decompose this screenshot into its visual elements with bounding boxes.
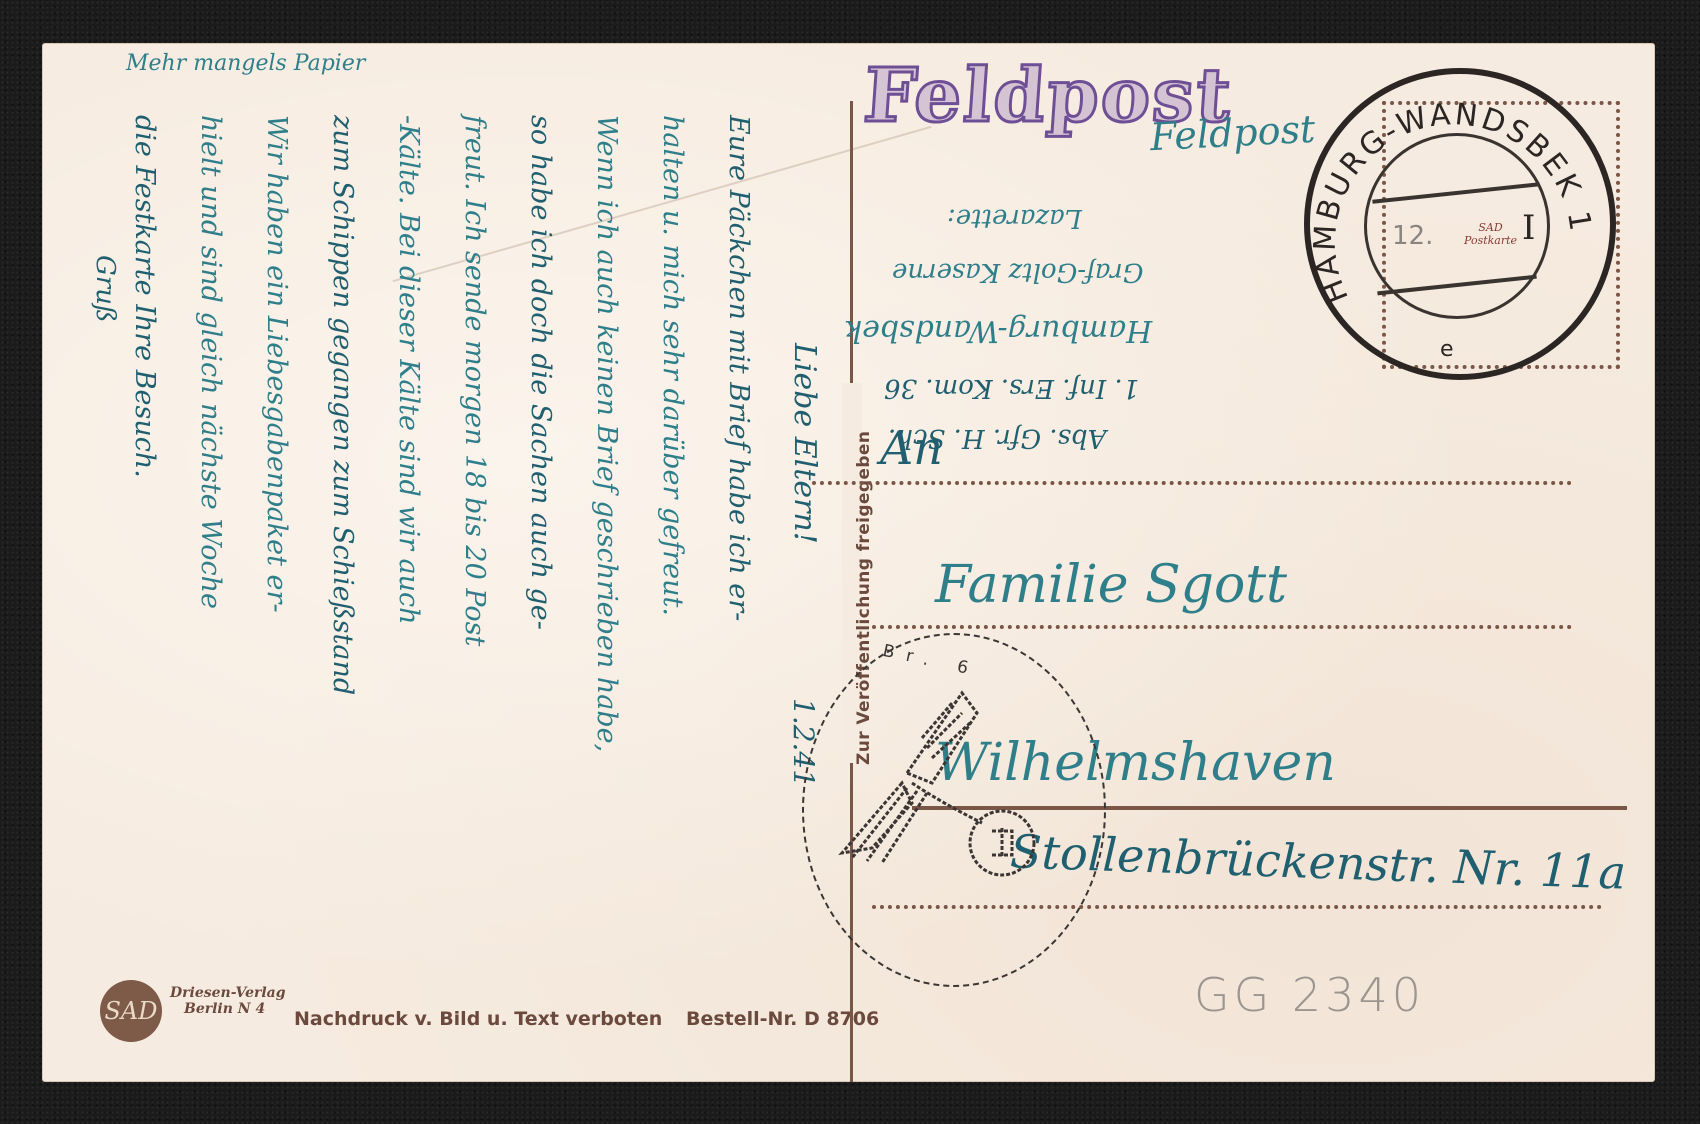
postmark-date: 12.	[1392, 221, 1433, 251]
message-line: halten u. mich sehr darüber gefreut.	[657, 115, 688, 616]
salutation: Liebe Eltern!	[787, 343, 822, 544]
sender-line: Hamburg-Wandsbek	[844, 313, 1152, 348]
private-mark: SAD Postkarte	[1464, 221, 1517, 247]
publisher-line-1: Driesen-Verlag	[170, 985, 286, 1001]
message-line: freut. Ich sende morgen 18 bis 20 Post	[459, 115, 490, 646]
eagle-emblem-icon	[812, 683, 1042, 883]
message-line: Wenn ich auch keinen Brief geschrieben h…	[591, 115, 622, 752]
publisher-name: Driesen-Verlag Berlin N 4	[170, 985, 286, 1017]
address-line-1	[812, 481, 1572, 485]
catalog-number: GG 2340	[1194, 968, 1425, 1022]
private-mark-line-1: SAD	[1464, 221, 1517, 234]
message-line: Wir haben ein Liebesgabenpaket er-	[261, 115, 292, 613]
message-line: zum Schippen gegangen zum Schießstand	[327, 115, 358, 695]
sender-line: Graf-Goltz Kaserne	[892, 257, 1144, 287]
message-line: so habe ich doch die Sachen auch ge-	[525, 115, 556, 630]
sender-line: 1. Inf. Ers. Kom. 36	[884, 373, 1139, 403]
private-mark-line-2: Postkarte	[1464, 234, 1517, 247]
message-line: hielt und sind gleich nächste Woche	[195, 115, 226, 609]
recipient-prefix: An	[880, 421, 943, 475]
publisher-line-2: Berlin N 4	[170, 1001, 286, 1017]
postmark-roman: I	[1522, 208, 1535, 248]
feldpost-manuscript: Feldpost	[1149, 107, 1316, 160]
svg-text:HAMBURG-WANDSBEK 1: HAMBURG-WANDSBEK 1	[1308, 97, 1598, 308]
recipient-name: Familie Sgott	[935, 555, 1287, 615]
postcard: Liebe Eltern! 1.2.41 Eure Päckchen mit B…	[42, 43, 1655, 1082]
margin-note: Mehr mangels Papier	[126, 51, 365, 76]
postmark-ring-text: HAMBURG-WANDSBEK 1	[1304, 68, 1604, 368]
address-line-2	[872, 625, 1572, 629]
sender-line: Lazarette:	[947, 203, 1082, 233]
postmark-letter: e	[1440, 337, 1454, 362]
message-line: die Festkarte Ihre Besuch.	[129, 115, 160, 478]
message-line: -Kälte. Bei dieser Kälte sind wir auch	[393, 115, 424, 625]
reprint-notice: Nachdruck v. Bild u. Text verboten	[294, 1008, 662, 1030]
publisher-logo: SAD	[100, 980, 162, 1042]
closing: Gruß	[90, 255, 120, 322]
message-line: Eure Päckchen mit Brief habe ich er-	[723, 115, 754, 621]
